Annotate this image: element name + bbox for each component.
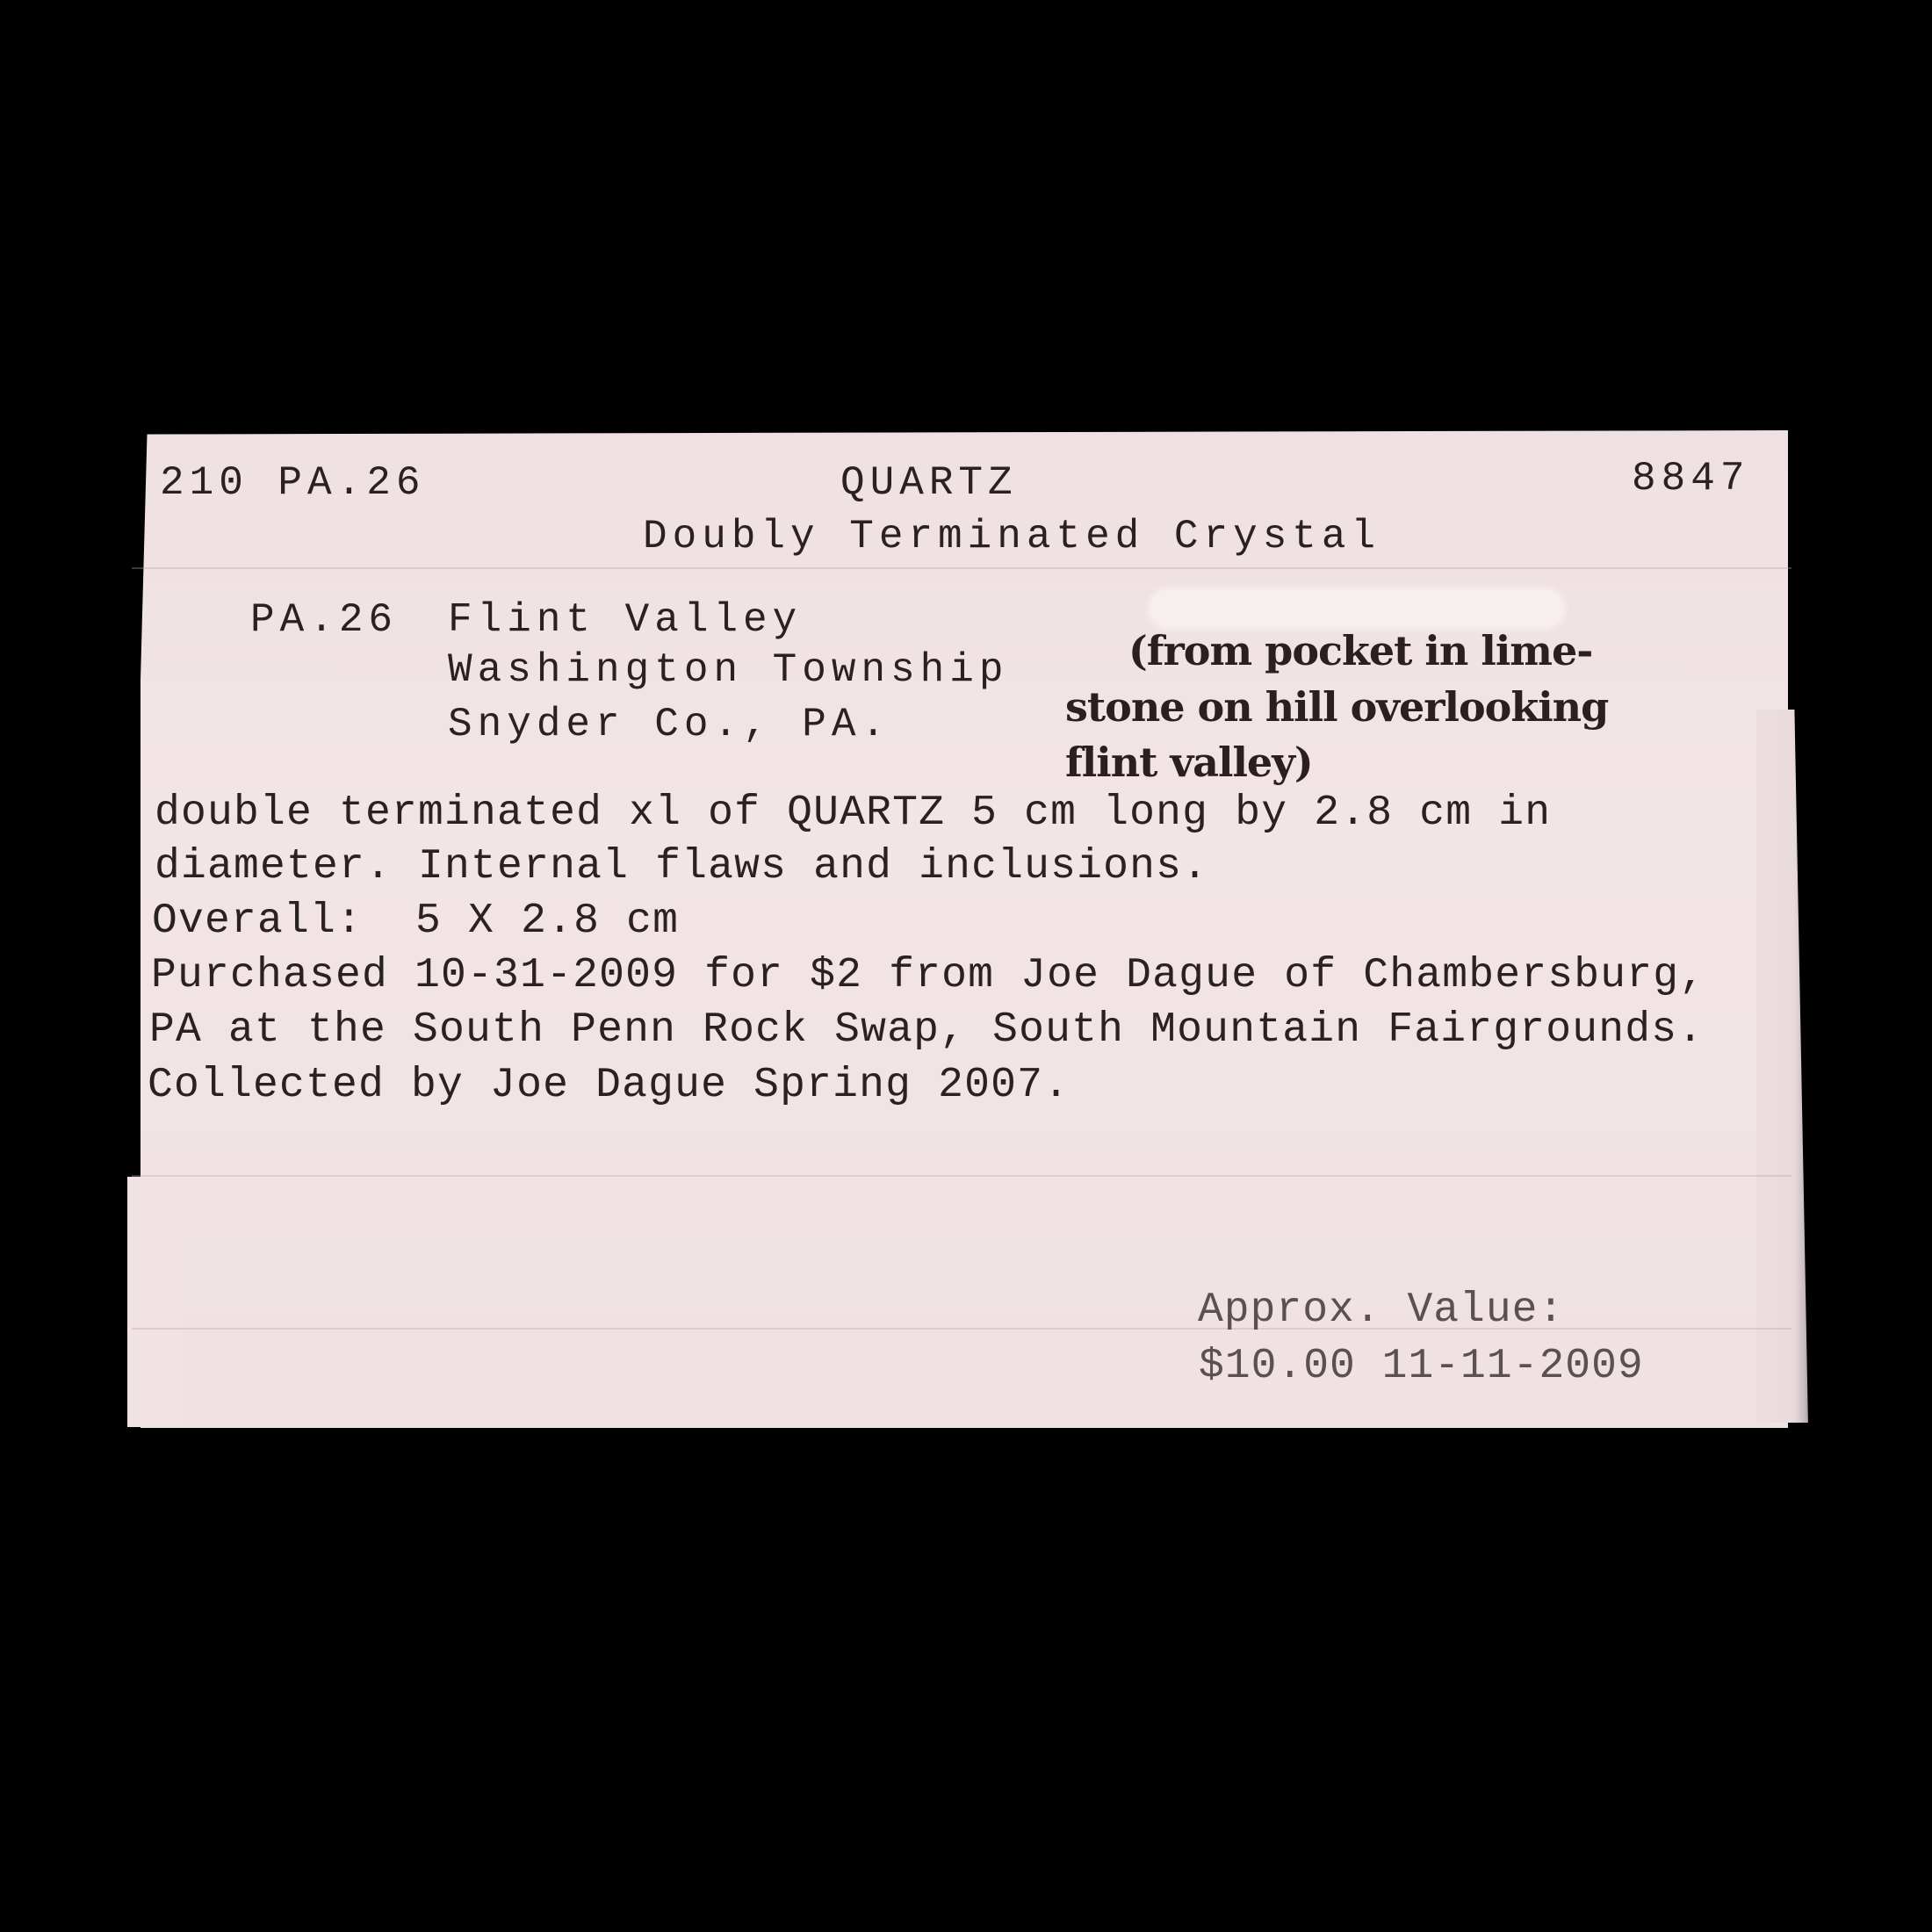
- approx-value-amount: $10.00 11-11-2009: [1199, 1345, 1644, 1388]
- description-line: diameter. Internal flaws and inclusions.: [155, 846, 1208, 888]
- collector-line: Collected by Joe Dague Spring 2007.: [148, 1064, 1070, 1107]
- locality-note-line: stone on hill overlooking: [1065, 687, 1608, 727]
- approx-value-label: Approx. Value:: [1198, 1289, 1564, 1331]
- locality-note-line: (from pocket in lime-: [1128, 631, 1592, 671]
- paper-overlap-strip: [1756, 710, 1811, 1423]
- locality-line: Flint Valley: [448, 600, 802, 640]
- purchase-location-line: PA at the South Penn Rock Swap, South Mo…: [149, 1009, 1704, 1051]
- specimen-label-card: 210 PA.26 QUARTZ 8847 Doubly Terminated …: [0, 0, 1932, 1932]
- locality-code: PA.26: [250, 600, 398, 640]
- locality-line: Snyder Co., PA.: [448, 704, 890, 745]
- description-line: double terminated xl of QUARTZ 5 cm long…: [155, 792, 1551, 834]
- locality-note-line: flint valley): [1065, 742, 1313, 782]
- fold-line: [132, 567, 1791, 569]
- purchase-line: Purchased 10-31-2009 for $2 from Joe Dag…: [151, 955, 1705, 997]
- paper-overlap-patch: [127, 1177, 180, 1427]
- fold-line: [132, 1328, 1791, 1330]
- label-paper: [141, 430, 1788, 1428]
- mineral-name: QUARTZ: [840, 463, 1018, 503]
- locality-line: Washington Township: [448, 650, 1009, 690]
- correction-fluid-patch: [1150, 590, 1563, 627]
- dimensions-line: Overall: 5 X 2.8 cm: [152, 900, 679, 942]
- specimen-number: 8847: [1632, 458, 1749, 499]
- fold-line: [132, 1175, 1791, 1177]
- specimen-form: Doubly Terminated Crystal: [643, 516, 1381, 557]
- catalog-reference: 210 PA.26: [160, 463, 425, 503]
